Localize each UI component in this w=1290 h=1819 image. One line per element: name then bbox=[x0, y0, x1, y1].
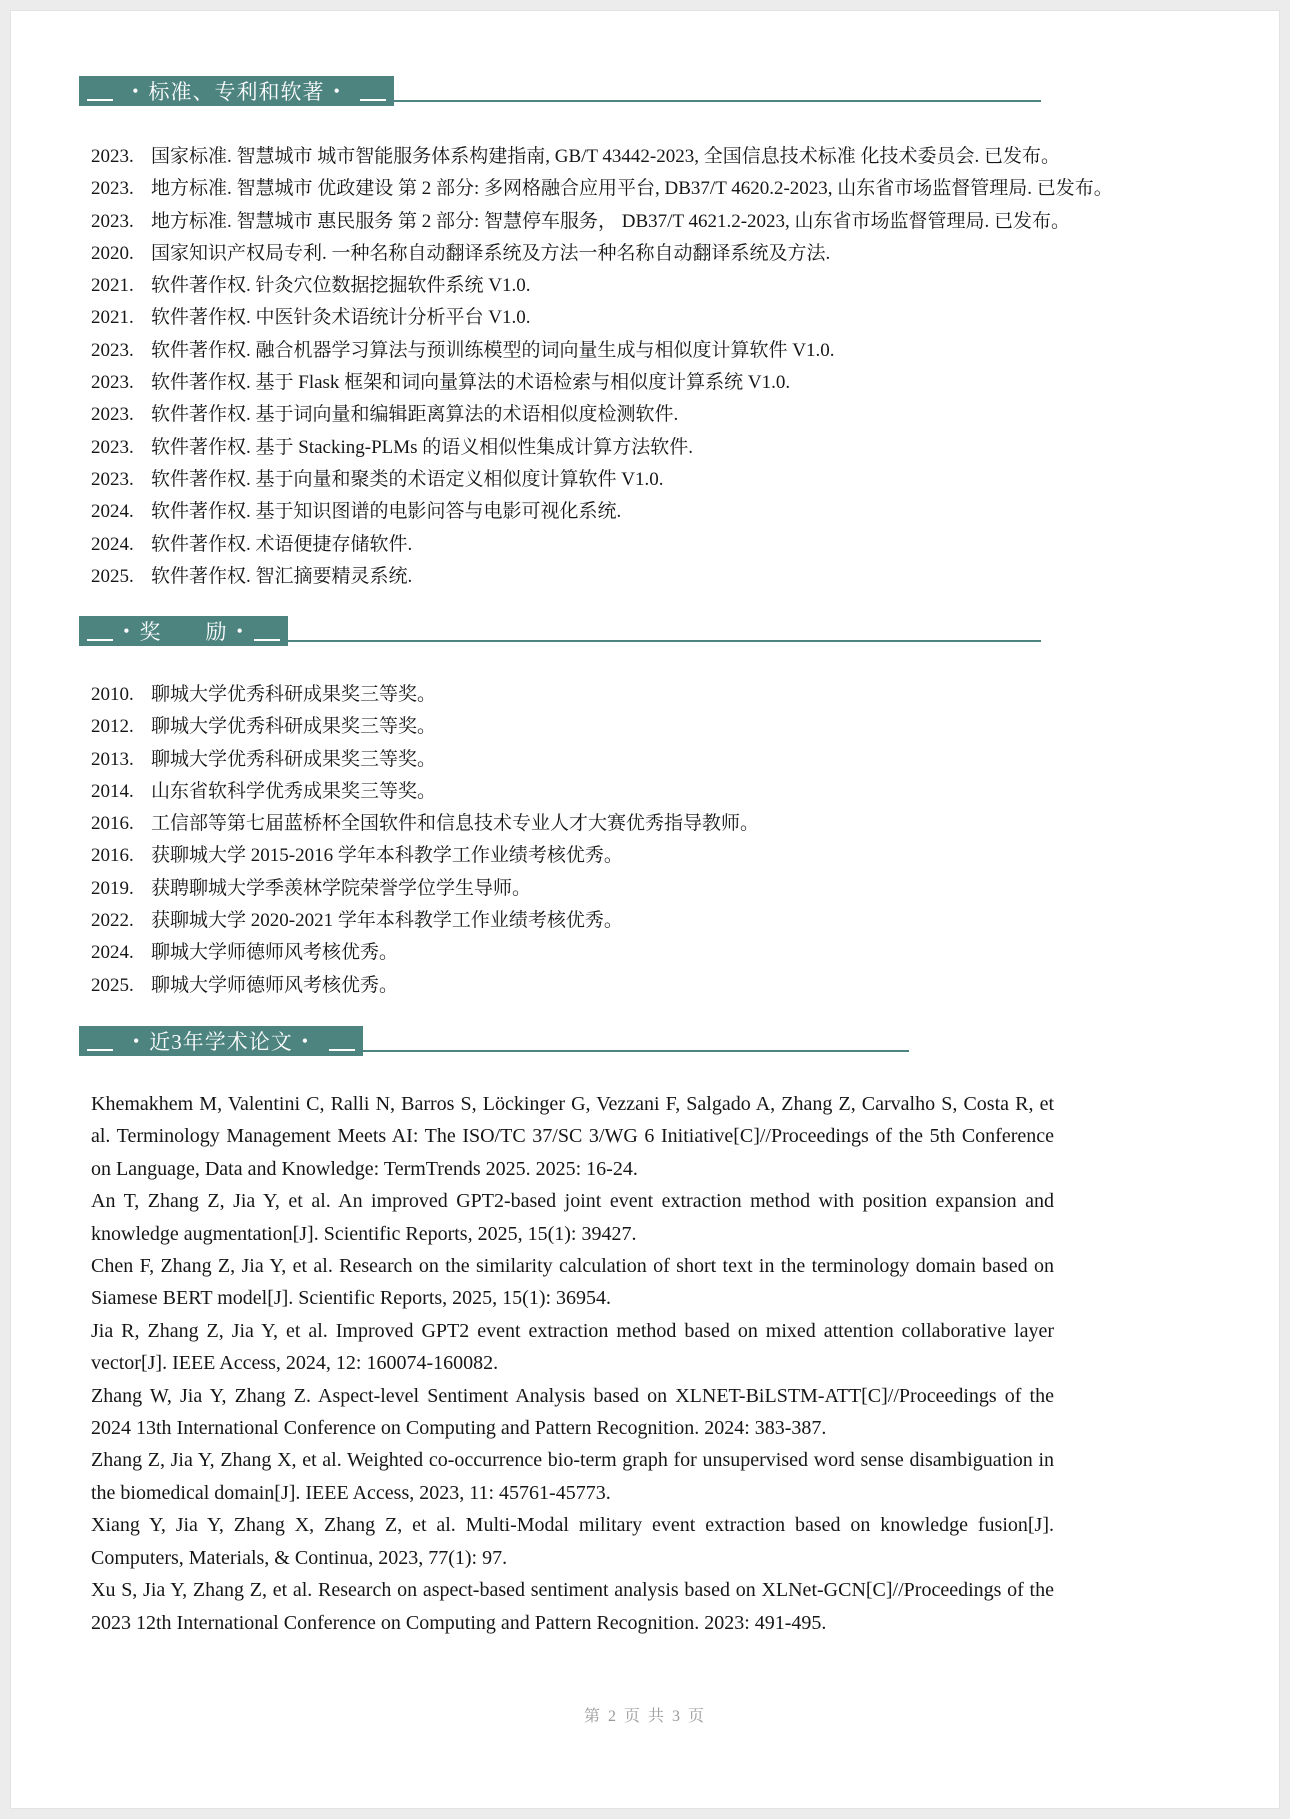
header-underline-right-icon bbox=[329, 1049, 355, 1051]
item-year: 2023. bbox=[91, 432, 151, 464]
list-item: 2012.聊城大学优秀科研成果奖三等奖。 bbox=[91, 711, 759, 743]
list-item: 2023.地方标准. 智慧城市 惠民服务 第 2 部分: 智慧停车服务， DB3… bbox=[91, 206, 1113, 238]
document-page: •标准、专利和软著• 2023.国家标准. 智慧城市 城市智能服务体系构建指南,… bbox=[10, 10, 1280, 1809]
bullet-icon: • bbox=[133, 1031, 140, 1052]
list-item: 2023.软件著作权. 融合机器学习算法与预训练模型的词向量生成与相似度计算软件… bbox=[91, 335, 1113, 367]
list-item: 2010.聊城大学优秀科研成果奖三等奖。 bbox=[91, 679, 759, 711]
publication-reference: Khemakhem M, Valentini C, Ralli N, Barro… bbox=[91, 1088, 1054, 1185]
item-year: 2023. bbox=[91, 464, 151, 496]
item-year: 2016. bbox=[91, 808, 151, 840]
item-text: 软件著作权. 中医针灸术语统计分析平台 V1.0. bbox=[151, 307, 530, 328]
list-item: 2021.软件著作权. 针灸穴位数据挖掘软件系统 V1.0. bbox=[91, 270, 1113, 302]
item-text: 软件著作权. 基于知识图谱的电影问答与电影可视化系统. bbox=[151, 501, 621, 522]
item-year: 2019. bbox=[91, 873, 151, 905]
item-year: 2024. bbox=[91, 496, 151, 528]
item-year: 2025. bbox=[91, 970, 151, 1002]
list-item: 2023.软件著作权. 基于 Stacking-PLMs 的语义相似性集成计算方… bbox=[91, 432, 1113, 464]
section-title-text: 标准、专利和软著 bbox=[149, 76, 325, 106]
item-text: 国家知识产权局专利. 一种名称自动翻译系统及方法一种名称自动翻译系统及方法. bbox=[151, 243, 830, 264]
section-title-text: 奖 励 bbox=[140, 616, 228, 646]
bullet-icon: • bbox=[302, 1031, 309, 1052]
standards-list: 2023.国家标准. 智慧城市 城市智能服务体系构建指南, GB/T 43442… bbox=[91, 141, 1113, 593]
item-text: 软件著作权. 术语便捷存储软件. bbox=[151, 534, 412, 555]
awards-list: 2010.聊城大学优秀科研成果奖三等奖。 2012.聊城大学优秀科研成果奖三等奖… bbox=[91, 679, 759, 1002]
list-item: 2024.聊城大学师德师风考核优秀。 bbox=[91, 937, 759, 969]
publication-reference: Zhang Z, Jia Y, Zhang X, et al. Weighted… bbox=[91, 1444, 1054, 1509]
item-text: 地方标准. 智慧城市 惠民服务 第 2 部分: 智慧停车服务， DB37/T 4… bbox=[151, 211, 1070, 232]
list-item: 2025.软件著作权. 智汇摘要精灵系统. bbox=[91, 561, 1113, 593]
item-text: 聊城大学优秀科研成果奖三等奖。 bbox=[151, 684, 436, 705]
item-text: 软件著作权. 基于向量和聚类的术语定义相似度计算软件 V1.0. bbox=[151, 469, 663, 490]
item-year: 2024. bbox=[91, 529, 151, 561]
publication-reference: Chen F, Zhang Z, Jia Y, et al. Research … bbox=[91, 1250, 1054, 1315]
item-year: 2023. bbox=[91, 141, 151, 173]
item-text: 国家标准. 智慧城市 城市智能服务体系构建指南, GB/T 43442-2023… bbox=[151, 146, 1060, 167]
item-year: 2023. bbox=[91, 335, 151, 367]
item-text: 获聊城大学 2015-2016 学年本科教学工作业绩考核优秀。 bbox=[151, 845, 623, 866]
publication-reference: Zhang W, Jia Y, Zhang Z. Aspect-level Se… bbox=[91, 1380, 1054, 1445]
item-text: 获聊城大学 2020-2021 学年本科教学工作业绩考核优秀。 bbox=[151, 910, 623, 931]
item-year: 2010. bbox=[91, 679, 151, 711]
list-item: 2024.软件著作权. 基于知识图谱的电影问答与电影可视化系统. bbox=[91, 496, 1113, 528]
item-text: 聊城大学师德师风考核优秀。 bbox=[151, 975, 398, 996]
item-text: 获聘聊城大学季羡林学院荣誉学位学生导师。 bbox=[151, 878, 531, 899]
publication-reference: An T, Zhang Z, Jia Y, et al. An improved… bbox=[91, 1185, 1054, 1250]
list-item: 2014.山东省软科学优秀成果奖三等奖。 bbox=[91, 776, 759, 808]
header-rule bbox=[288, 640, 1041, 642]
section-title-awards: •奖 励• bbox=[114, 616, 253, 646]
item-text: 聊城大学优秀科研成果奖三等奖。 bbox=[151, 716, 436, 737]
list-item: 2023.国家标准. 智慧城市 城市智能服务体系构建指南, GB/T 43442… bbox=[91, 141, 1113, 173]
bullet-icon: • bbox=[132, 81, 139, 102]
list-item: 2023.软件著作权. 基于词向量和编辑距离算法的术语相似度检测软件. bbox=[91, 399, 1113, 431]
bullet-icon: • bbox=[123, 621, 130, 642]
item-text: 聊城大学师德师风考核优秀。 bbox=[151, 942, 398, 963]
header-underline-left-icon bbox=[87, 1049, 113, 1051]
list-item: 2023.软件著作权. 基于 Flask 框架和词向量算法的术语检索与相似度计算… bbox=[91, 367, 1113, 399]
list-item: 2023.地方标准. 智慧城市 优政建设 第 2 部分: 多网格融合应用平台, … bbox=[91, 173, 1113, 205]
header-underline-right-icon bbox=[360, 99, 386, 101]
item-year: 2023. bbox=[91, 399, 151, 431]
section-header-awards: •奖 励• bbox=[79, 616, 288, 646]
item-text: 工信部等第七届蓝桥杯全国软件和信息技术专业人才大赛优秀指导教师。 bbox=[151, 813, 759, 834]
bullet-icon: • bbox=[334, 81, 341, 102]
item-text: 软件著作权. 基于 Stacking-PLMs 的语义相似性集成计算方法软件. bbox=[151, 437, 693, 458]
section-header-standards: •标准、专利和软著• bbox=[79, 76, 394, 106]
publications-list: Khemakhem M, Valentini C, Ralli N, Barro… bbox=[91, 1088, 1054, 1639]
item-text: 软件著作权. 基于词向量和编辑距离算法的术语相似度检测软件. bbox=[151, 404, 678, 425]
list-item: 2024.软件著作权. 术语便捷存储软件. bbox=[91, 529, 1113, 561]
header-underline-left-icon bbox=[87, 99, 113, 101]
item-text: 软件著作权. 基于 Flask 框架和词向量算法的术语检索与相似度计算系统 V1… bbox=[151, 372, 790, 393]
list-item: 2020.国家知识产权局专利. 一种名称自动翻译系统及方法一种名称自动翻译系统及… bbox=[91, 238, 1113, 270]
header-rule bbox=[363, 1050, 909, 1052]
section-title-text: 近3年学术论文 bbox=[149, 1026, 293, 1056]
item-text: 软件著作权. 融合机器学习算法与预训练模型的词向量生成与相似度计算软件 V1.0… bbox=[151, 340, 834, 361]
list-item: 2016.工信部等第七届蓝桥杯全国软件和信息技术专业人才大赛优秀指导教师。 bbox=[91, 808, 759, 840]
section-header-papers: •近3年学术论文• bbox=[79, 1026, 363, 1056]
item-year: 2014. bbox=[91, 776, 151, 808]
page-number-footer: 第 2 页 共 3 页 bbox=[11, 1703, 1279, 1726]
item-year: 2020. bbox=[91, 238, 151, 270]
list-item: 2022.获聊城大学 2020-2021 学年本科教学工作业绩考核优秀。 bbox=[91, 905, 759, 937]
header-underline-left-icon bbox=[87, 639, 113, 641]
item-year: 2016. bbox=[91, 840, 151, 872]
header-rule bbox=[394, 100, 1041, 102]
publication-reference: Xu S, Jia Y, Zhang Z, et al. Research on… bbox=[91, 1574, 1054, 1639]
item-year: 2021. bbox=[91, 302, 151, 334]
item-year: 2025. bbox=[91, 561, 151, 593]
item-text: 地方标准. 智慧城市 优政建设 第 2 部分: 多网格融合应用平台, DB37/… bbox=[151, 178, 1113, 199]
section-title-papers: •近3年学术论文• bbox=[124, 1026, 318, 1056]
item-year: 2023. bbox=[91, 173, 151, 205]
item-year: 2013. bbox=[91, 744, 151, 776]
bullet-icon: • bbox=[237, 621, 244, 642]
item-year: 2023. bbox=[91, 206, 151, 238]
item-year: 2022. bbox=[91, 905, 151, 937]
list-item: 2021.软件著作权. 中医针灸术语统计分析平台 V1.0. bbox=[91, 302, 1113, 334]
item-text: 软件著作权. 针灸穴位数据挖掘软件系统 V1.0. bbox=[151, 275, 530, 296]
list-item: 2023.软件著作权. 基于向量和聚类的术语定义相似度计算软件 V1.0. bbox=[91, 464, 1113, 496]
list-item: 2025.聊城大学师德师风考核优秀。 bbox=[91, 970, 759, 1002]
list-item: 2019.获聘聊城大学季羡林学院荣誉学位学生导师。 bbox=[91, 873, 759, 905]
header-underline-right-icon bbox=[254, 639, 280, 641]
publication-reference: Jia R, Zhang Z, Jia Y, et al. Improved G… bbox=[91, 1315, 1054, 1380]
section-title-standards: •标准、专利和软著• bbox=[123, 76, 350, 106]
item-text: 山东省软科学优秀成果奖三等奖。 bbox=[151, 781, 436, 802]
publication-reference: Xiang Y, Jia Y, Zhang X, Zhang Z, et al.… bbox=[91, 1509, 1054, 1574]
item-year: 2021. bbox=[91, 270, 151, 302]
item-year: 2023. bbox=[91, 367, 151, 399]
list-item: 2016.获聊城大学 2015-2016 学年本科教学工作业绩考核优秀。 bbox=[91, 840, 759, 872]
list-item: 2013.聊城大学优秀科研成果奖三等奖。 bbox=[91, 744, 759, 776]
item-year: 2012. bbox=[91, 711, 151, 743]
item-text: 软件著作权. 智汇摘要精灵系统. bbox=[151, 566, 412, 587]
item-text: 聊城大学优秀科研成果奖三等奖。 bbox=[151, 749, 436, 770]
item-year: 2024. bbox=[91, 937, 151, 969]
